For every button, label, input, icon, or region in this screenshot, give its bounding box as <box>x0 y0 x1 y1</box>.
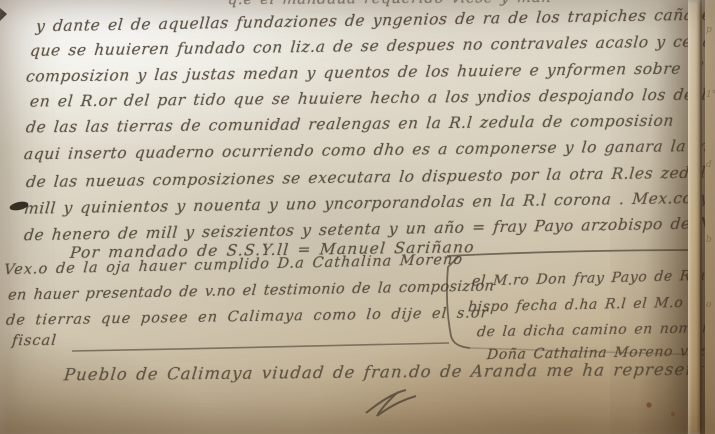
manuscript-photo: q.e el mandaua requerido viese y man y d… <box>0 0 715 434</box>
margin-mark: p <box>706 25 712 35</box>
margin-mark: b <box>706 235 712 245</box>
page-fold-shadow <box>610 0 694 434</box>
margin-mark: o <box>706 300 711 310</box>
left-note-line: en hauer presentado de v.no el testimoni… <box>7 278 495 303</box>
margin-mark: 1° <box>706 90 715 100</box>
manuscript-line-partial: q.e el mandaua requerido viese y man <box>227 0 553 8</box>
manuscript-line: de las las tierras de comunidad realenga… <box>25 112 675 137</box>
margin-mark: d <box>706 160 712 170</box>
handwritten-text-block: q.e el mandaua requerido viese y man y d… <box>0 0 715 434</box>
adjacent-page-edge: p 1° d b o <box>705 0 715 434</box>
left-note-line: fiscal <box>11 333 57 349</box>
left-note-line: de tierras que posee en Calimaya como lo… <box>5 305 489 329</box>
